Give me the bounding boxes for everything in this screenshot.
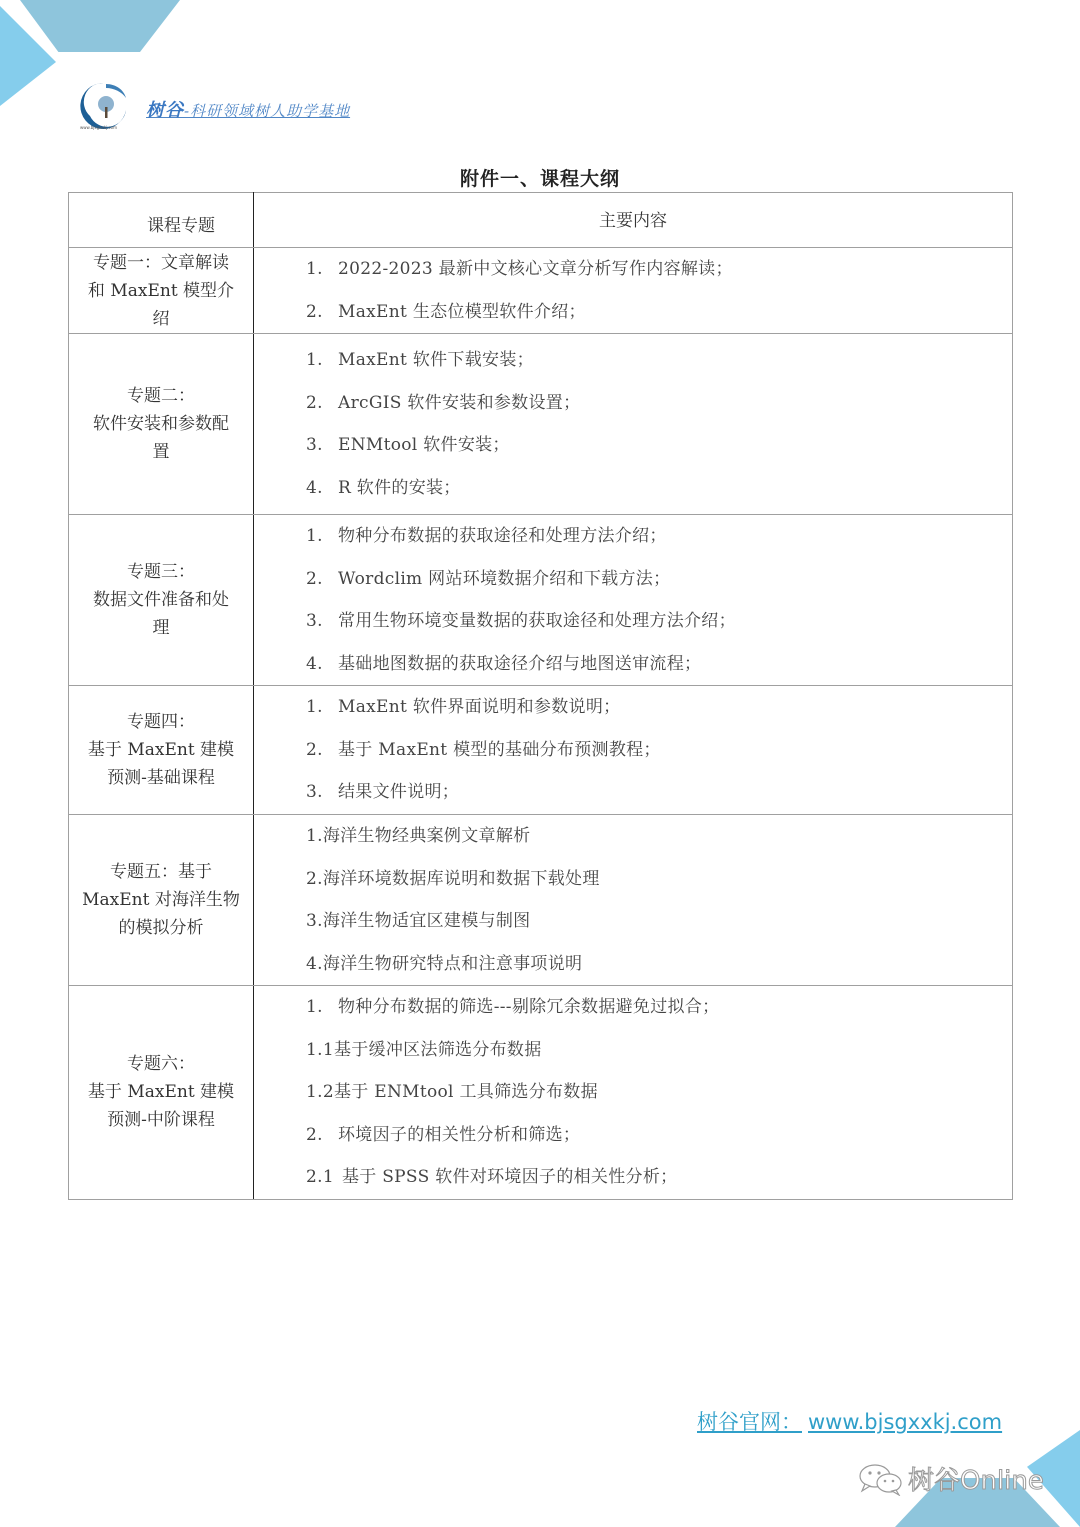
table-row: 专题六： 基于 MaxEnt 建模 预测-中阶课程 1.物种分布数据的筛选---… (69, 986, 1013, 1200)
list-item: 4.R 软件的安装； (306, 467, 1012, 510)
topic-cell: 专题四： 基于 MaxEnt 建模 预测-基础课程 (69, 686, 254, 815)
document-title: 附件一、课程大纲 (0, 164, 1080, 191)
logo-header: www.bjsgxxkj.com 树谷-科研领域树人助学基地 (76, 80, 350, 132)
official-site-link[interactable]: 树谷官网：www.bjsgxxkj.com (697, 1406, 1002, 1436)
list-item: 1.物种分布数据的筛选---剔除冗余数据避免过拟合； (306, 986, 1012, 1029)
logo-brand: 树谷 (146, 100, 184, 121)
list-item: 1.2基于 ENMtool 工具筛选分布数据 (306, 1071, 1012, 1114)
topic-line: 专题六： (75, 1050, 247, 1078)
list-item: 1.物种分布数据的获取途径和处理方法介绍； (306, 515, 1012, 558)
logo-tagline: 树谷-科研领域树人助学基地 (146, 96, 350, 122)
content-cell: 1.2022-2023 最新中文核心文章分析写作内容解读； 2.MaxEnt 生… (254, 248, 1013, 334)
topic-line: 置 (75, 438, 247, 466)
column-header-topic: 课程专题 (69, 193, 254, 248)
topic-line: 理 (75, 614, 247, 642)
table-row: 专题三： 数据文件准备和处 理 1.物种分布数据的获取途径和处理方法介绍； 2.… (69, 515, 1013, 686)
svg-text:www.bjsgxxkj.com: www.bjsgxxkj.com (80, 125, 117, 130)
table-row: 专题一：文章解读 和 MaxEnt 模型介 绍 1.2022-2023 最新中文… (69, 248, 1013, 334)
topic-line: 预测-基础课程 (75, 764, 247, 792)
logo-tagline-text: -科研领域树人助学基地 (184, 102, 350, 120)
list-item: 2.海洋环境数据库说明和数据下载处理 (306, 858, 1012, 901)
watermark-text: 树谷Online (908, 1460, 1044, 1497)
list-item: 3.结果文件说明； (306, 771, 1012, 814)
course-outline-table: 课程专题 主要内容 专题一：文章解读 和 MaxEnt 模型介 绍 1.2022… (68, 192, 1013, 1200)
topic-line: 软件安装和参数配 (75, 410, 247, 438)
topic-line: 的模拟分析 (75, 914, 247, 942)
list-item: 2.基于 MaxEnt 模型的基础分布预测教程； (306, 729, 1012, 772)
table-row: 专题五：基于 MaxEnt 对海洋生物 的模拟分析 1.海洋生物经典案例文章解析… (69, 815, 1013, 986)
table-header-row: 课程专题 主要内容 (69, 193, 1013, 248)
list-item: 2.Wordclim 网站环境数据介绍和下载方法； (306, 558, 1012, 601)
topic-line: 基于 MaxEnt 建模 (75, 736, 247, 764)
topic-cell: 专题六： 基于 MaxEnt 建模 预测-中阶课程 (69, 986, 254, 1200)
content-cell: 1.海洋生物经典案例文章解析 2.海洋环境数据库说明和数据下载处理 3.海洋生物… (254, 815, 1013, 986)
table-row: 专题四： 基于 MaxEnt 建模 预测-基础课程 1.MaxEnt 软件界面说… (69, 686, 1013, 815)
list-item: 1.MaxEnt 软件界面说明和参数说明； (306, 686, 1012, 729)
list-item: 4.海洋生物研究特点和注意事项说明 (306, 943, 1012, 986)
list-item: 1.2022-2023 最新中文核心文章分析写作内容解读； (306, 248, 1012, 291)
tree-globe-logo-icon: www.bjsgxxkj.com (76, 80, 132, 132)
topic-cell: 专题五：基于 MaxEnt 对海洋生物 的模拟分析 (69, 815, 254, 986)
table-row: 专题二： 软件安装和参数配 置 1.MaxEnt 软件下载安装； 2.ArcGI… (69, 334, 1013, 515)
topic-line: 预测-中阶课程 (75, 1106, 247, 1134)
topic-line: 专题三： (75, 558, 247, 586)
list-item: 3.海洋生物适宜区建模与制图 (306, 900, 1012, 943)
topic-line: 和 MaxEnt 模型介 (75, 277, 247, 305)
list-item: 1.1基于缓冲区法筛选分布数据 (306, 1029, 1012, 1072)
topic-line: 专题五：基于 (75, 858, 247, 886)
topic-cell: 专题三： 数据文件准备和处 理 (69, 515, 254, 686)
content-cell: 1.MaxEnt 软件下载安装； 2.ArcGIS 软件安装和参数设置； 3.E… (254, 334, 1013, 515)
topic-line: 专题四： (75, 708, 247, 736)
site-label: 树谷官网： (697, 1410, 802, 1434)
list-item: 2.环境因子的相关性分析和筛选； (306, 1114, 1012, 1157)
list-item: 1.海洋生物经典案例文章解析 (306, 815, 1012, 858)
wechat-watermark: 树谷Online (858, 1460, 1044, 1497)
topic-line: 数据文件准备和处 (75, 586, 247, 614)
site-url[interactable]: www.bjsgxxkj.com (808, 1410, 1002, 1434)
content-cell: 1.物种分布数据的获取途径和处理方法介绍； 2.Wordclim 网站环境数据介… (254, 515, 1013, 686)
content-cell: 1.MaxEnt 软件界面说明和参数说明； 2.基于 MaxEnt 模型的基础分… (254, 686, 1013, 815)
decorative-banner-shape (20, 0, 180, 52)
topic-line: 基于 MaxEnt 建模 (75, 1078, 247, 1106)
topic-cell: 专题二： 软件安装和参数配 置 (69, 334, 254, 515)
content-cell: 1.物种分布数据的筛选---剔除冗余数据避免过拟合； 1.1基于缓冲区法筛选分布… (254, 986, 1013, 1200)
list-item: 3.常用生物环境变量数据的获取途径和处理方法介绍； (306, 600, 1012, 643)
wechat-icon (858, 1462, 904, 1496)
list-item: 2.MaxEnt 生态位模型软件介绍； (306, 291, 1012, 334)
topic-line: 专题一：文章解读 (75, 249, 247, 277)
topic-cell: 专题一：文章解读 和 MaxEnt 模型介 绍 (69, 248, 254, 334)
column-header-content: 主要内容 (254, 193, 1013, 248)
list-item: 2.1基于 SPSS 软件对环境因子的相关性分析； (306, 1156, 1012, 1199)
list-item: 4.基础地图数据的获取途径介绍与地图送审流程； (306, 643, 1012, 686)
list-item: 1.MaxEnt 软件下载安装； (306, 339, 1012, 382)
topic-line: MaxEnt 对海洋生物 (75, 886, 247, 914)
list-item: 3.ENMtool 软件安装； (306, 424, 1012, 467)
topic-line: 绍 (75, 305, 247, 333)
list-item: 2.ArcGIS 软件安装和参数设置； (306, 382, 1012, 425)
topic-line: 专题二： (75, 382, 247, 410)
